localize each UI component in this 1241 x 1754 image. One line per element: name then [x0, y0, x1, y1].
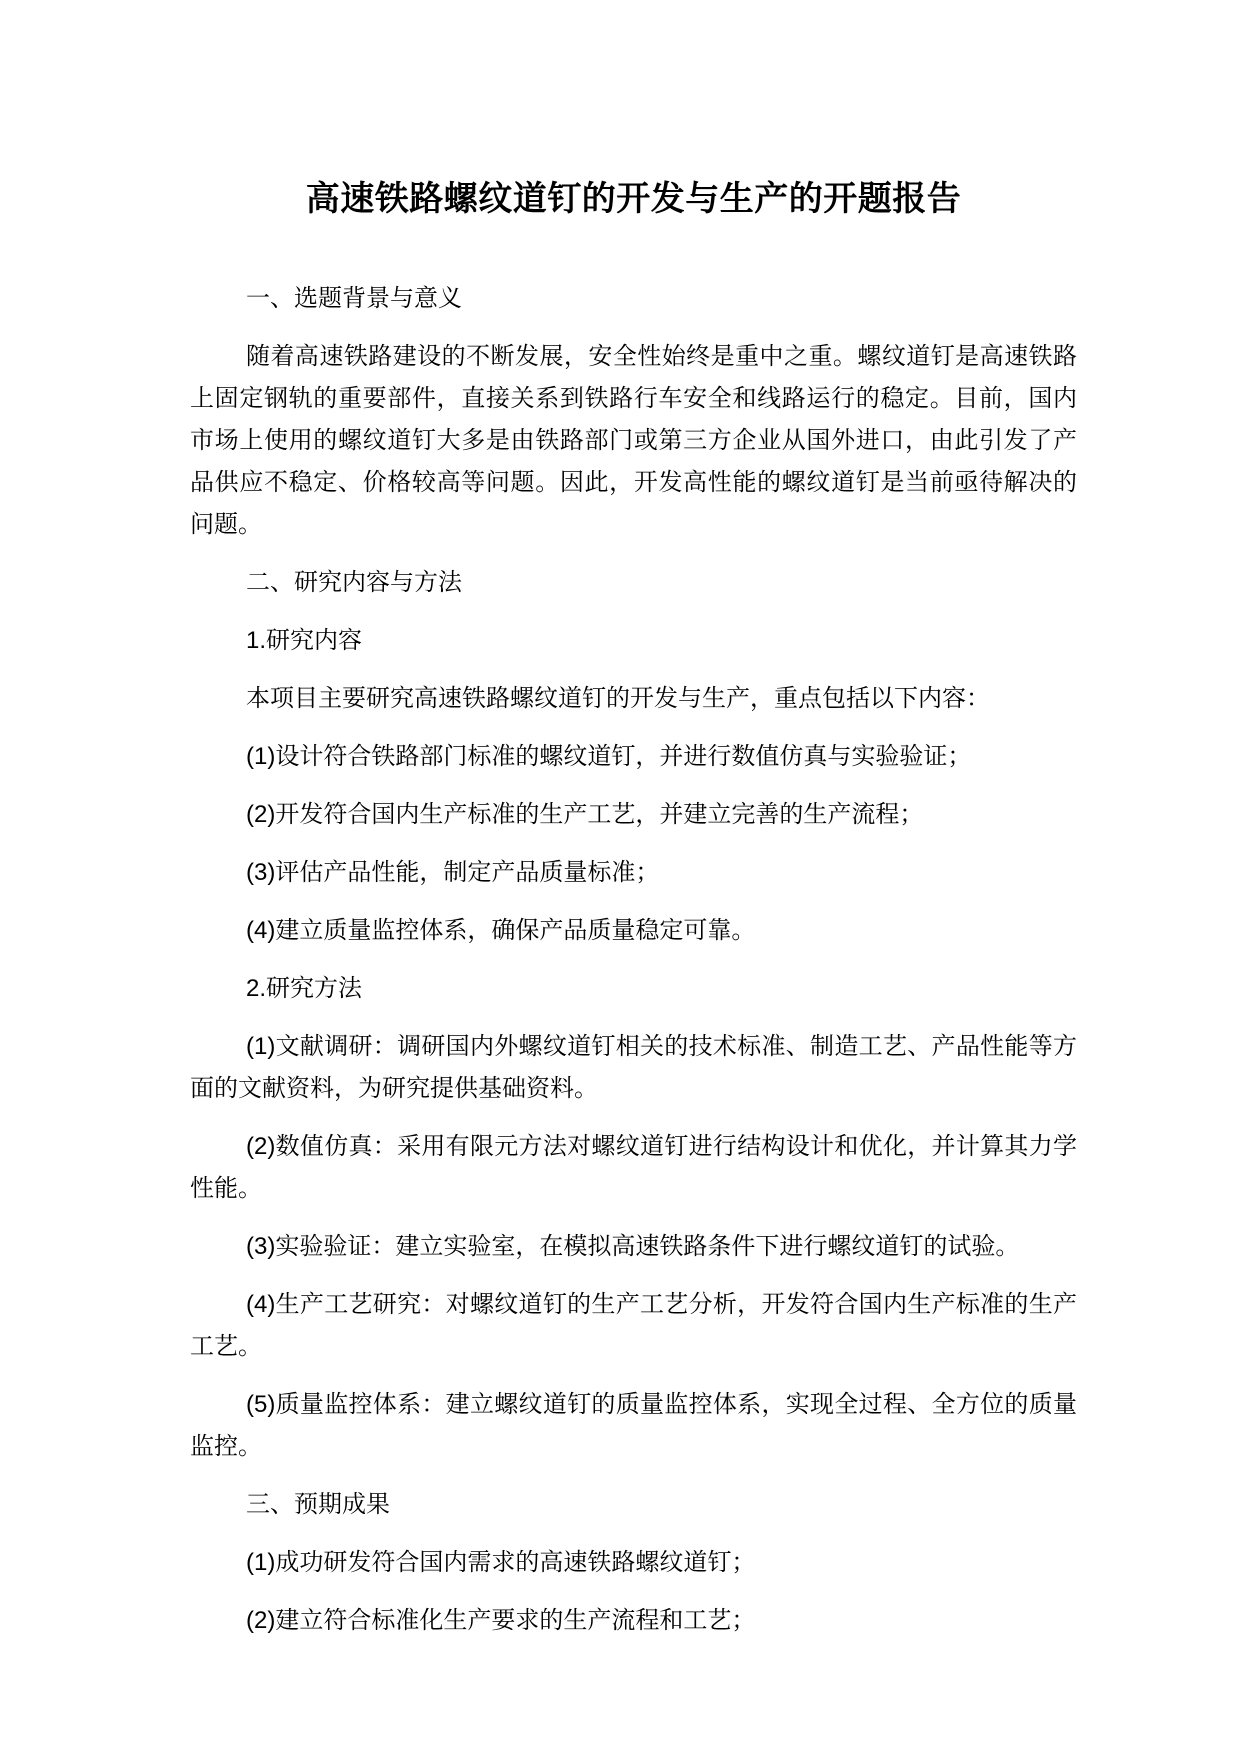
paragraph-content-intro: 本项目主要研究高速铁路螺纹道钉的开发与生产，重点包括以下内容：	[190, 678, 1077, 720]
paragraph-background: 随着高速铁路建设的不断发展，安全性始终是重中之重。螺纹道钉是高速铁路上固定钢轨的…	[190, 336, 1077, 546]
list-item-result-1: (1)成功研发符合国内需求的高速铁路螺纹道钉；	[190, 1542, 1077, 1584]
list-item-method-5: (5)质量监控体系：建立螺纹道钉的质量监控体系，实现全过程、全方位的质量监控。	[190, 1384, 1077, 1468]
list-item-method-3: (3)实验验证：建立实验室，在模拟高速铁路条件下进行螺纹道钉的试验。	[190, 1226, 1077, 1268]
list-item-method-2: (2)数值仿真：采用有限元方法对螺纹道钉进行结构设计和优化，并计算其力学性能。	[190, 1126, 1077, 1210]
list-item-content-4: (4)建立质量监控体系，确保产品质量稳定可靠。	[190, 910, 1077, 952]
subheading-research-content: 1.研究内容	[190, 620, 1077, 662]
section-heading-content-methods: 二、研究内容与方法	[190, 562, 1077, 604]
section-heading-background: 一、选题背景与意义	[190, 278, 1077, 320]
list-item-content-1: (1)设计符合铁路部门标准的螺纹道钉，并进行数值仿真与实验验证；	[190, 736, 1077, 778]
document-page: 高速铁路螺纹道钉的开发与生产的开题报告 一、选题背景与意义 随着高速铁路建设的不…	[0, 0, 1241, 1754]
list-item-content-2: (2)开发符合国内生产标准的生产工艺，并建立完善的生产流程；	[190, 794, 1077, 836]
document-title: 高速铁路螺纹道钉的开发与生产的开题报告	[190, 174, 1077, 224]
list-item-method-4: (4)生产工艺研究：对螺纹道钉的生产工艺分析，开发符合国内生产标准的生产工艺。	[190, 1284, 1077, 1368]
list-item-method-1: (1)文献调研：调研国内外螺纹道钉相关的技术标准、制造工艺、产品性能等方面的文献…	[190, 1026, 1077, 1110]
section-heading-expected-results: 三、预期成果	[190, 1484, 1077, 1526]
list-item-content-3: (3)评估产品性能，制定产品质量标准；	[190, 852, 1077, 894]
subheading-research-methods: 2.研究方法	[190, 968, 1077, 1010]
list-item-result-2: (2)建立符合标准化生产要求的生产流程和工艺；	[190, 1600, 1077, 1642]
